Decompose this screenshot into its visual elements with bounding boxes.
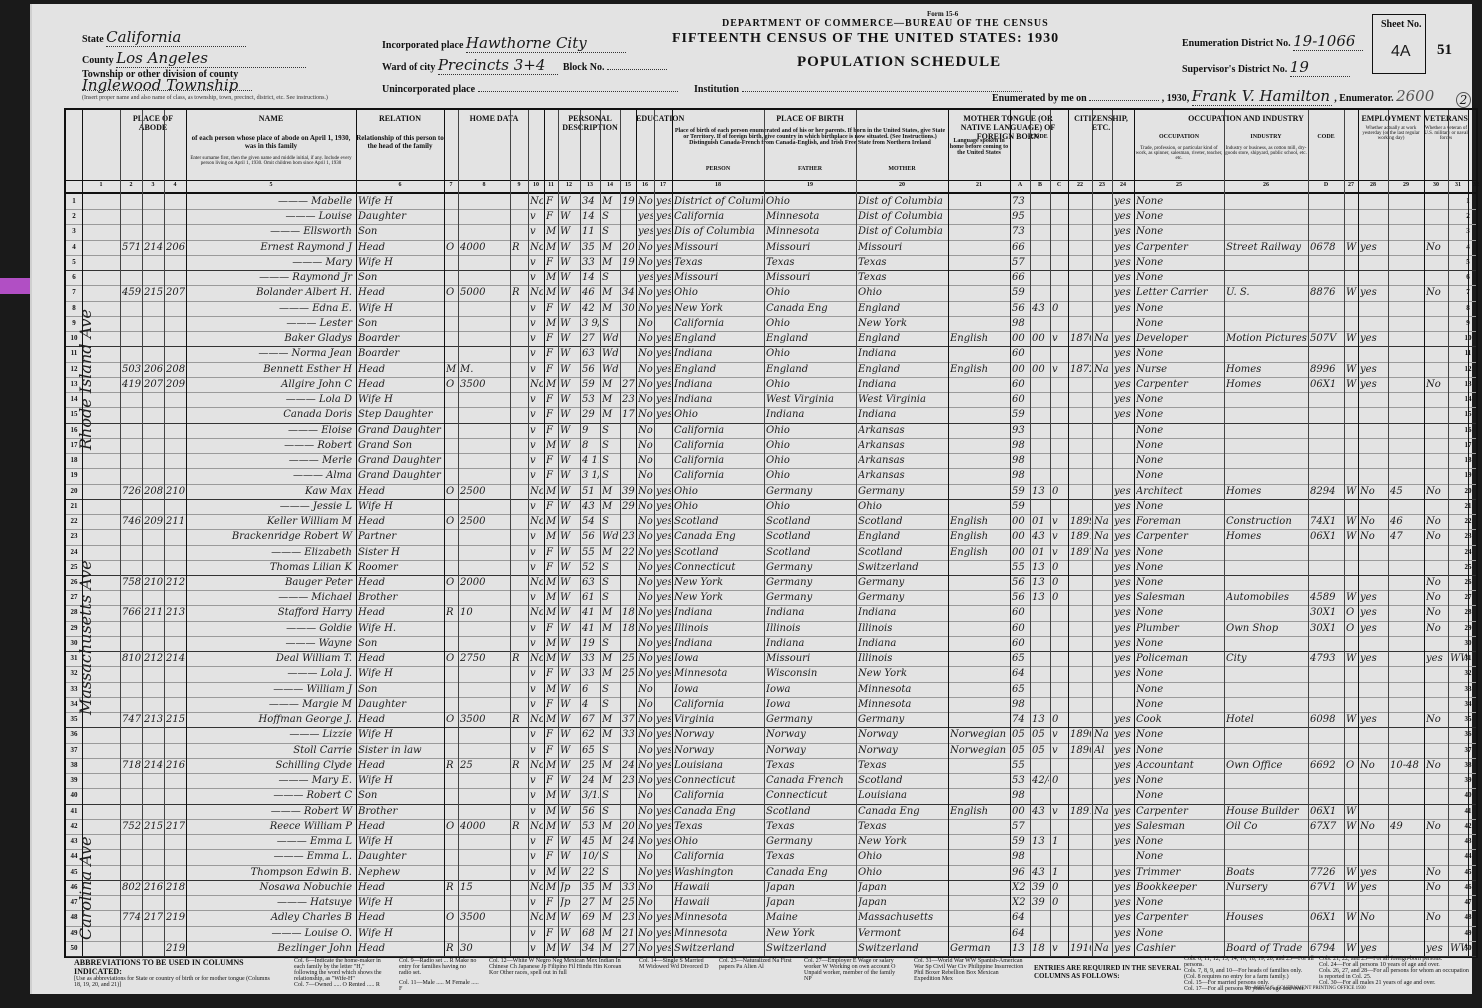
cell-war xyxy=(1450,529,1467,544)
cell-father-birth: Japan xyxy=(766,895,855,910)
line-number: 18 xyxy=(66,453,82,468)
cell-age-marr xyxy=(622,697,635,712)
table-row: 1414——— Lola DWife HvFW53M23NoyesIndiana… xyxy=(66,392,1476,408)
cell-house xyxy=(122,407,141,422)
cell-code-c: v xyxy=(1052,804,1067,819)
cell-sex: F xyxy=(546,727,557,742)
cell-english: yes xyxy=(1114,377,1133,392)
cell-name: Baker Gladys xyxy=(188,331,356,346)
cell-tenure xyxy=(446,423,457,438)
cell-occ-code xyxy=(1310,545,1343,560)
cell-vet: No xyxy=(1426,605,1447,620)
cell-value: 2500 xyxy=(460,514,509,529)
cell-school: No xyxy=(638,499,653,514)
cell-code-b: 43 xyxy=(1032,804,1049,819)
cell-race: W xyxy=(560,377,579,392)
cell-race: W xyxy=(560,849,579,864)
cell-vet: No xyxy=(1426,712,1447,727)
cell-name: ——— Robert W xyxy=(188,804,356,819)
cell-tenure: O xyxy=(446,712,457,727)
cell-sex: M xyxy=(546,575,557,590)
cell-age: 51 xyxy=(582,484,599,499)
cell-house xyxy=(122,545,141,560)
cell-natur xyxy=(1094,392,1111,407)
cell-relation: Wife H xyxy=(358,773,443,788)
cell-family: 209 xyxy=(166,377,185,392)
cell-mother-birth: Switzerland xyxy=(858,941,947,956)
cell-code-a: 05 xyxy=(1012,727,1029,742)
cell-at-work xyxy=(1360,545,1387,560)
cell-house xyxy=(122,224,141,239)
cell-natur xyxy=(1094,682,1111,697)
cell-code-b xyxy=(1032,651,1049,666)
cell-age-marr: 30 xyxy=(622,301,635,316)
table-row: 1717——— RobertGrand SonvMW8SNoCalifornia… xyxy=(66,438,1476,454)
cell-relation: Wife H xyxy=(358,727,443,742)
line-number: 1 xyxy=(66,194,82,209)
cell-radio xyxy=(512,438,527,453)
cell-industry xyxy=(1226,788,1307,803)
cell-class xyxy=(1346,849,1357,864)
cell-marital: S xyxy=(602,590,619,605)
cell-at-work xyxy=(1360,697,1387,712)
cell-birth: New York xyxy=(674,301,763,316)
cell-tenure xyxy=(446,865,457,880)
cell-mother-birth: Dist of Columbia xyxy=(858,224,947,239)
cell-house xyxy=(122,301,141,316)
cell-english: yes xyxy=(1114,545,1133,560)
cell-war xyxy=(1450,666,1467,681)
cell-code-c xyxy=(1052,651,1067,666)
column-subheader: Relationship of this person to the head … xyxy=(356,134,444,150)
cell-race: W xyxy=(560,529,579,544)
cell-immig xyxy=(1070,392,1091,407)
cell-occ-code: 8294 xyxy=(1310,484,1343,499)
cell-farm: v xyxy=(530,666,543,681)
cell-code-b xyxy=(1032,346,1049,361)
cell-read xyxy=(656,468,671,483)
cell-name: Reece William P xyxy=(188,819,356,834)
cell-war xyxy=(1450,758,1467,773)
cell-occupation: Cashier xyxy=(1136,941,1223,956)
cell-tenure xyxy=(446,727,457,742)
cell-read: yes xyxy=(656,804,671,819)
cell-immig xyxy=(1070,285,1091,300)
cell-farm: No xyxy=(530,819,543,834)
cell-tenure: R xyxy=(446,880,457,895)
cell-occupation: Salesman xyxy=(1136,590,1223,605)
table-row: 4949——— Louise O.Wife HvFW68M21NoyesMinn… xyxy=(66,926,1476,942)
cell-natur xyxy=(1094,575,1111,590)
column-divider xyxy=(948,110,949,956)
cell-at-work xyxy=(1360,392,1387,407)
cell-code-b xyxy=(1032,788,1049,803)
cell-occupation: None xyxy=(1136,682,1223,697)
cell-mother-birth: Minnesota xyxy=(858,697,947,712)
column-number: 8 xyxy=(458,182,510,188)
cell-immig xyxy=(1070,575,1091,590)
cell-code-a: 98 xyxy=(1012,316,1029,331)
cell-occ-code: 30X1 xyxy=(1310,621,1343,636)
cell-at-work xyxy=(1360,346,1387,361)
cell-tongue xyxy=(950,666,1009,681)
cell-mother-birth: Indiana xyxy=(858,377,947,392)
cell-vet xyxy=(1426,788,1447,803)
cell-family xyxy=(166,666,185,681)
cell-natur xyxy=(1094,834,1111,849)
cell-race: W xyxy=(560,194,579,209)
cell-age: 22 xyxy=(582,865,599,880)
cell-mother-birth: Arkansas xyxy=(858,453,947,468)
cell-mother-birth: Dist of Columbia xyxy=(858,194,947,209)
cell-relation: Head xyxy=(358,377,443,392)
cell-immig xyxy=(1070,788,1091,803)
cell-occ-code xyxy=(1310,727,1343,742)
cell-read: yes xyxy=(656,484,671,499)
column-number: B xyxy=(1030,182,1050,188)
cell-dwelling xyxy=(144,636,163,651)
cell-father-birth: Scotland xyxy=(766,804,855,819)
cell-marital: M xyxy=(602,545,619,560)
cell-occupation: None xyxy=(1136,697,1223,712)
cell-tenure xyxy=(446,636,457,651)
cell-name: ——— Lola J. xyxy=(188,666,356,681)
cell-immig xyxy=(1070,621,1091,636)
cell-natur xyxy=(1094,849,1111,864)
cell-radio xyxy=(512,560,527,575)
column-number: C xyxy=(1050,182,1068,188)
cell-immig xyxy=(1070,255,1091,270)
cell-school: No xyxy=(638,590,653,605)
cell-birth: Ohio xyxy=(674,484,763,499)
cell-mother-birth: Indiana xyxy=(858,346,947,361)
column-number: 22 xyxy=(1068,182,1092,188)
cell-tenure xyxy=(446,849,457,864)
cell-occ-code xyxy=(1310,575,1343,590)
cell-marital: M xyxy=(602,941,619,956)
cell-tenure: O xyxy=(446,819,457,834)
cell-radio xyxy=(512,407,527,422)
cell-father-birth: England xyxy=(766,362,855,377)
cell-farm: v xyxy=(530,209,543,224)
cell-radio xyxy=(512,895,527,910)
table-row: 11——— MabelleWife HNoFW34M19NoyesDistric… xyxy=(66,194,1476,210)
cell-mother-birth: Louisiana xyxy=(858,788,947,803)
column-divider xyxy=(458,110,459,956)
cell-father-birth: Germany xyxy=(766,834,855,849)
cell-unemp: 47 xyxy=(1390,529,1423,544)
cell-value xyxy=(460,743,509,758)
cell-code-c xyxy=(1052,407,1067,422)
cell-birth: Indiana xyxy=(674,346,763,361)
sheet-header: State California County Los Angeles Town… xyxy=(32,4,1472,104)
cell-family: 218 xyxy=(166,880,185,895)
cell-tenure xyxy=(446,621,457,636)
cell-relation: Wife H xyxy=(358,255,443,270)
cell-industry xyxy=(1226,499,1307,514)
cell-family xyxy=(166,926,185,941)
cell-read: yes xyxy=(656,255,671,270)
cell-house xyxy=(122,438,141,453)
column-number: A xyxy=(1010,182,1030,188)
cell-occ-code xyxy=(1310,560,1343,575)
cell-read: yes xyxy=(656,621,671,636)
cell-vet xyxy=(1426,301,1447,316)
cell-family xyxy=(166,895,185,910)
cell-immig: 1872 xyxy=(1070,362,1091,377)
cell-natur: Na xyxy=(1094,362,1111,377)
cell-code-b: 43 xyxy=(1032,529,1049,544)
cell-marital: S xyxy=(602,575,619,590)
cell-birth: England xyxy=(674,362,763,377)
cell-father-birth: Ohio xyxy=(766,377,855,392)
cell-dwelling xyxy=(144,468,163,483)
page-number: 51 xyxy=(1437,42,1452,59)
cell-code-c: 1 xyxy=(1052,834,1067,849)
cell-occ-code: 507V xyxy=(1310,331,1343,346)
cell-tenure xyxy=(446,926,457,941)
cell-english: yes xyxy=(1114,651,1133,666)
cell-relation: Wife H xyxy=(358,194,443,209)
cell-industry xyxy=(1226,224,1307,239)
cell-occupation: Carpenter xyxy=(1136,377,1223,392)
line-number: 24 xyxy=(66,545,82,560)
cell-school: No xyxy=(638,468,653,483)
line-number: 5 xyxy=(66,255,82,270)
column-divider xyxy=(1448,110,1449,956)
cell-birth: Texas xyxy=(674,819,763,834)
cell-age-marr: 20 xyxy=(622,819,635,834)
cell-value xyxy=(460,590,509,605)
enumeration-district-value: 19-1066 xyxy=(1293,32,1363,51)
cell-code-c xyxy=(1052,209,1067,224)
cell-house: 571 xyxy=(122,240,141,255)
cell-relation: Sister in law xyxy=(358,743,443,758)
cell-vet xyxy=(1426,362,1447,377)
cell-read: yes xyxy=(656,377,671,392)
cell-at-work: No xyxy=(1360,910,1387,925)
cell-tongue xyxy=(950,209,1009,224)
column-number: 23 xyxy=(1092,182,1112,188)
cell-industry: City xyxy=(1226,651,1307,666)
cell-vet xyxy=(1426,407,1447,422)
cell-natur xyxy=(1094,651,1111,666)
cell-race: W xyxy=(560,910,579,925)
cell-code-c: 0 xyxy=(1052,590,1067,605)
cell-name: ——— Mary xyxy=(188,255,356,270)
cell-radio xyxy=(512,590,527,605)
cell-occ-code: 8996 xyxy=(1310,362,1343,377)
cell-immig xyxy=(1070,407,1091,422)
cell-farm: v xyxy=(530,362,543,377)
cell-immig: 1891 xyxy=(1070,529,1091,544)
cell-code-c xyxy=(1052,392,1067,407)
cell-industry: Hotel xyxy=(1226,712,1307,727)
cell-war xyxy=(1450,255,1467,270)
cell-english: yes xyxy=(1114,910,1133,925)
cell-english: yes xyxy=(1114,926,1133,941)
cell-class xyxy=(1346,926,1357,941)
cell-natur: Na xyxy=(1094,514,1111,529)
cell-radio xyxy=(512,529,527,544)
cell-relation: Nephew xyxy=(358,865,443,880)
cell-school: yes xyxy=(638,270,653,285)
cell-age: 54 xyxy=(582,514,599,529)
cell-dwelling xyxy=(144,316,163,331)
cell-relation: Sister H xyxy=(358,545,443,560)
cell-marital: M xyxy=(602,377,619,392)
cell-read: yes xyxy=(656,865,671,880)
cell-tongue xyxy=(950,285,1009,300)
cell-immig xyxy=(1070,209,1091,224)
cell-age-marr: 34 xyxy=(622,285,635,300)
column-divider xyxy=(544,110,545,956)
cell-age: 55 xyxy=(582,545,599,560)
cell-school: No xyxy=(638,895,653,910)
cell-house xyxy=(122,682,141,697)
cell-farm: v xyxy=(530,621,543,636)
cell-english: yes xyxy=(1114,529,1133,544)
cell-mother-birth: England xyxy=(858,362,947,377)
cell-value xyxy=(460,636,509,651)
cell-industry xyxy=(1226,468,1307,483)
cell-english: yes xyxy=(1114,666,1133,681)
cell-name: ——— Goldie xyxy=(188,621,356,636)
cell-name: ——— Mabelle xyxy=(188,194,356,209)
cell-relation: Head xyxy=(358,484,443,499)
cell-birth: California xyxy=(674,849,763,864)
cell-radio xyxy=(512,788,527,803)
cell-mother-birth: Indiana xyxy=(858,605,947,620)
cell-mother-birth: England xyxy=(858,301,947,316)
table-row: 55——— MaryWife HvFW33M19NoyesTexasTexasT… xyxy=(66,255,1476,271)
column-divider xyxy=(1134,110,1135,956)
column-divider xyxy=(636,110,637,956)
cell-at-work xyxy=(1360,926,1387,941)
cell-sex: F xyxy=(546,209,557,224)
cell-farm: v xyxy=(530,636,543,651)
column-number: 4 xyxy=(164,182,186,188)
cell-father-birth: Wisconsin xyxy=(766,666,855,681)
cell-read: yes xyxy=(656,636,671,651)
cell-marital: S xyxy=(602,804,619,819)
cell-marital: M xyxy=(602,499,619,514)
cell-industry: U. S. xyxy=(1226,285,1307,300)
cell-natur xyxy=(1094,865,1111,880)
cell-tongue xyxy=(950,651,1009,666)
cell-industry xyxy=(1226,316,1307,331)
cell-house xyxy=(122,743,141,758)
cell-read xyxy=(656,423,671,438)
cell-english xyxy=(1114,316,1133,331)
cell-tongue xyxy=(950,301,1009,316)
cell-birth: California xyxy=(674,316,763,331)
column-divider xyxy=(1468,110,1469,956)
cell-age: 33 xyxy=(582,666,599,681)
cell-sex: M xyxy=(546,712,557,727)
cell-war xyxy=(1450,926,1467,941)
cell-unemp xyxy=(1390,834,1423,849)
cell-birth: New York xyxy=(674,590,763,605)
cell-code-b xyxy=(1032,926,1049,941)
cell-tongue xyxy=(950,834,1009,849)
cell-unemp xyxy=(1390,407,1423,422)
column-divider xyxy=(672,110,673,956)
cell-war xyxy=(1450,545,1467,560)
cell-tenure xyxy=(446,438,457,453)
cell-house xyxy=(122,590,141,605)
cell-age-marr xyxy=(622,743,635,758)
cell-english: yes xyxy=(1114,941,1133,956)
cell-age: 41 xyxy=(582,605,599,620)
cell-code-c: v xyxy=(1052,331,1067,346)
cell-relation: Grand Daughter xyxy=(358,468,443,483)
cell-code-b: 43 xyxy=(1032,865,1049,880)
cell-at-work xyxy=(1360,804,1387,819)
cell-read: yes xyxy=(656,941,671,956)
cell-age: 63 xyxy=(582,346,599,361)
county-value: Los Angeles xyxy=(116,49,306,68)
cell-radio xyxy=(512,270,527,285)
cell-tongue: English xyxy=(950,545,1009,560)
cell-value xyxy=(460,301,509,316)
column-divider xyxy=(1344,110,1345,956)
cell-natur xyxy=(1094,423,1111,438)
cell-vet xyxy=(1426,346,1447,361)
cell-read xyxy=(656,438,671,453)
cell-father-birth: Indiana xyxy=(766,636,855,651)
cell-sex: F xyxy=(546,545,557,560)
cell-tongue: English xyxy=(950,331,1009,346)
cell-relation: Daughter xyxy=(358,849,443,864)
cell-occupation: None xyxy=(1136,834,1223,849)
cell-relation: Wife H xyxy=(358,499,443,514)
cell-age-marr: 24 xyxy=(622,834,635,849)
cell-radio xyxy=(512,301,527,316)
cell-name: Bennett Esther H xyxy=(188,362,356,377)
cell-race: W xyxy=(560,316,579,331)
cell-age-marr xyxy=(622,636,635,651)
cell-age: 69 xyxy=(582,910,599,925)
cell-sex: F xyxy=(546,849,557,864)
cell-age-marr xyxy=(622,209,635,224)
cell-war xyxy=(1450,499,1467,514)
cell-birth: Hawaii xyxy=(674,880,763,895)
line-number: 2 xyxy=(66,209,82,224)
cell-dwelling: 212 xyxy=(144,651,163,666)
cell-occ-code: 8876 xyxy=(1310,285,1343,300)
cell-english: yes xyxy=(1114,392,1133,407)
cell-industry: Homes xyxy=(1226,362,1307,377)
cell-occ-code xyxy=(1310,788,1343,803)
cell-english: yes xyxy=(1114,575,1133,590)
line-number: 37 xyxy=(66,743,82,758)
table-row: 2020726208210Kaw MaxHeadO2500NoMW51M39No… xyxy=(66,484,1476,500)
cell-immig xyxy=(1070,773,1091,788)
cell-age: 67 xyxy=(582,712,599,727)
cell-code-b xyxy=(1032,621,1049,636)
cell-age-marr: 25 xyxy=(622,895,635,910)
cell-sex: M xyxy=(546,514,557,529)
cell-immig xyxy=(1070,865,1091,880)
cell-tongue xyxy=(950,621,1009,636)
cell-age: 61 xyxy=(582,590,599,605)
cell-relation: Boarder xyxy=(358,346,443,361)
cell-relation: Brother xyxy=(358,590,443,605)
cell-class: O xyxy=(1346,605,1357,620)
cell-read: yes xyxy=(656,727,671,742)
cell-tenure xyxy=(446,270,457,285)
